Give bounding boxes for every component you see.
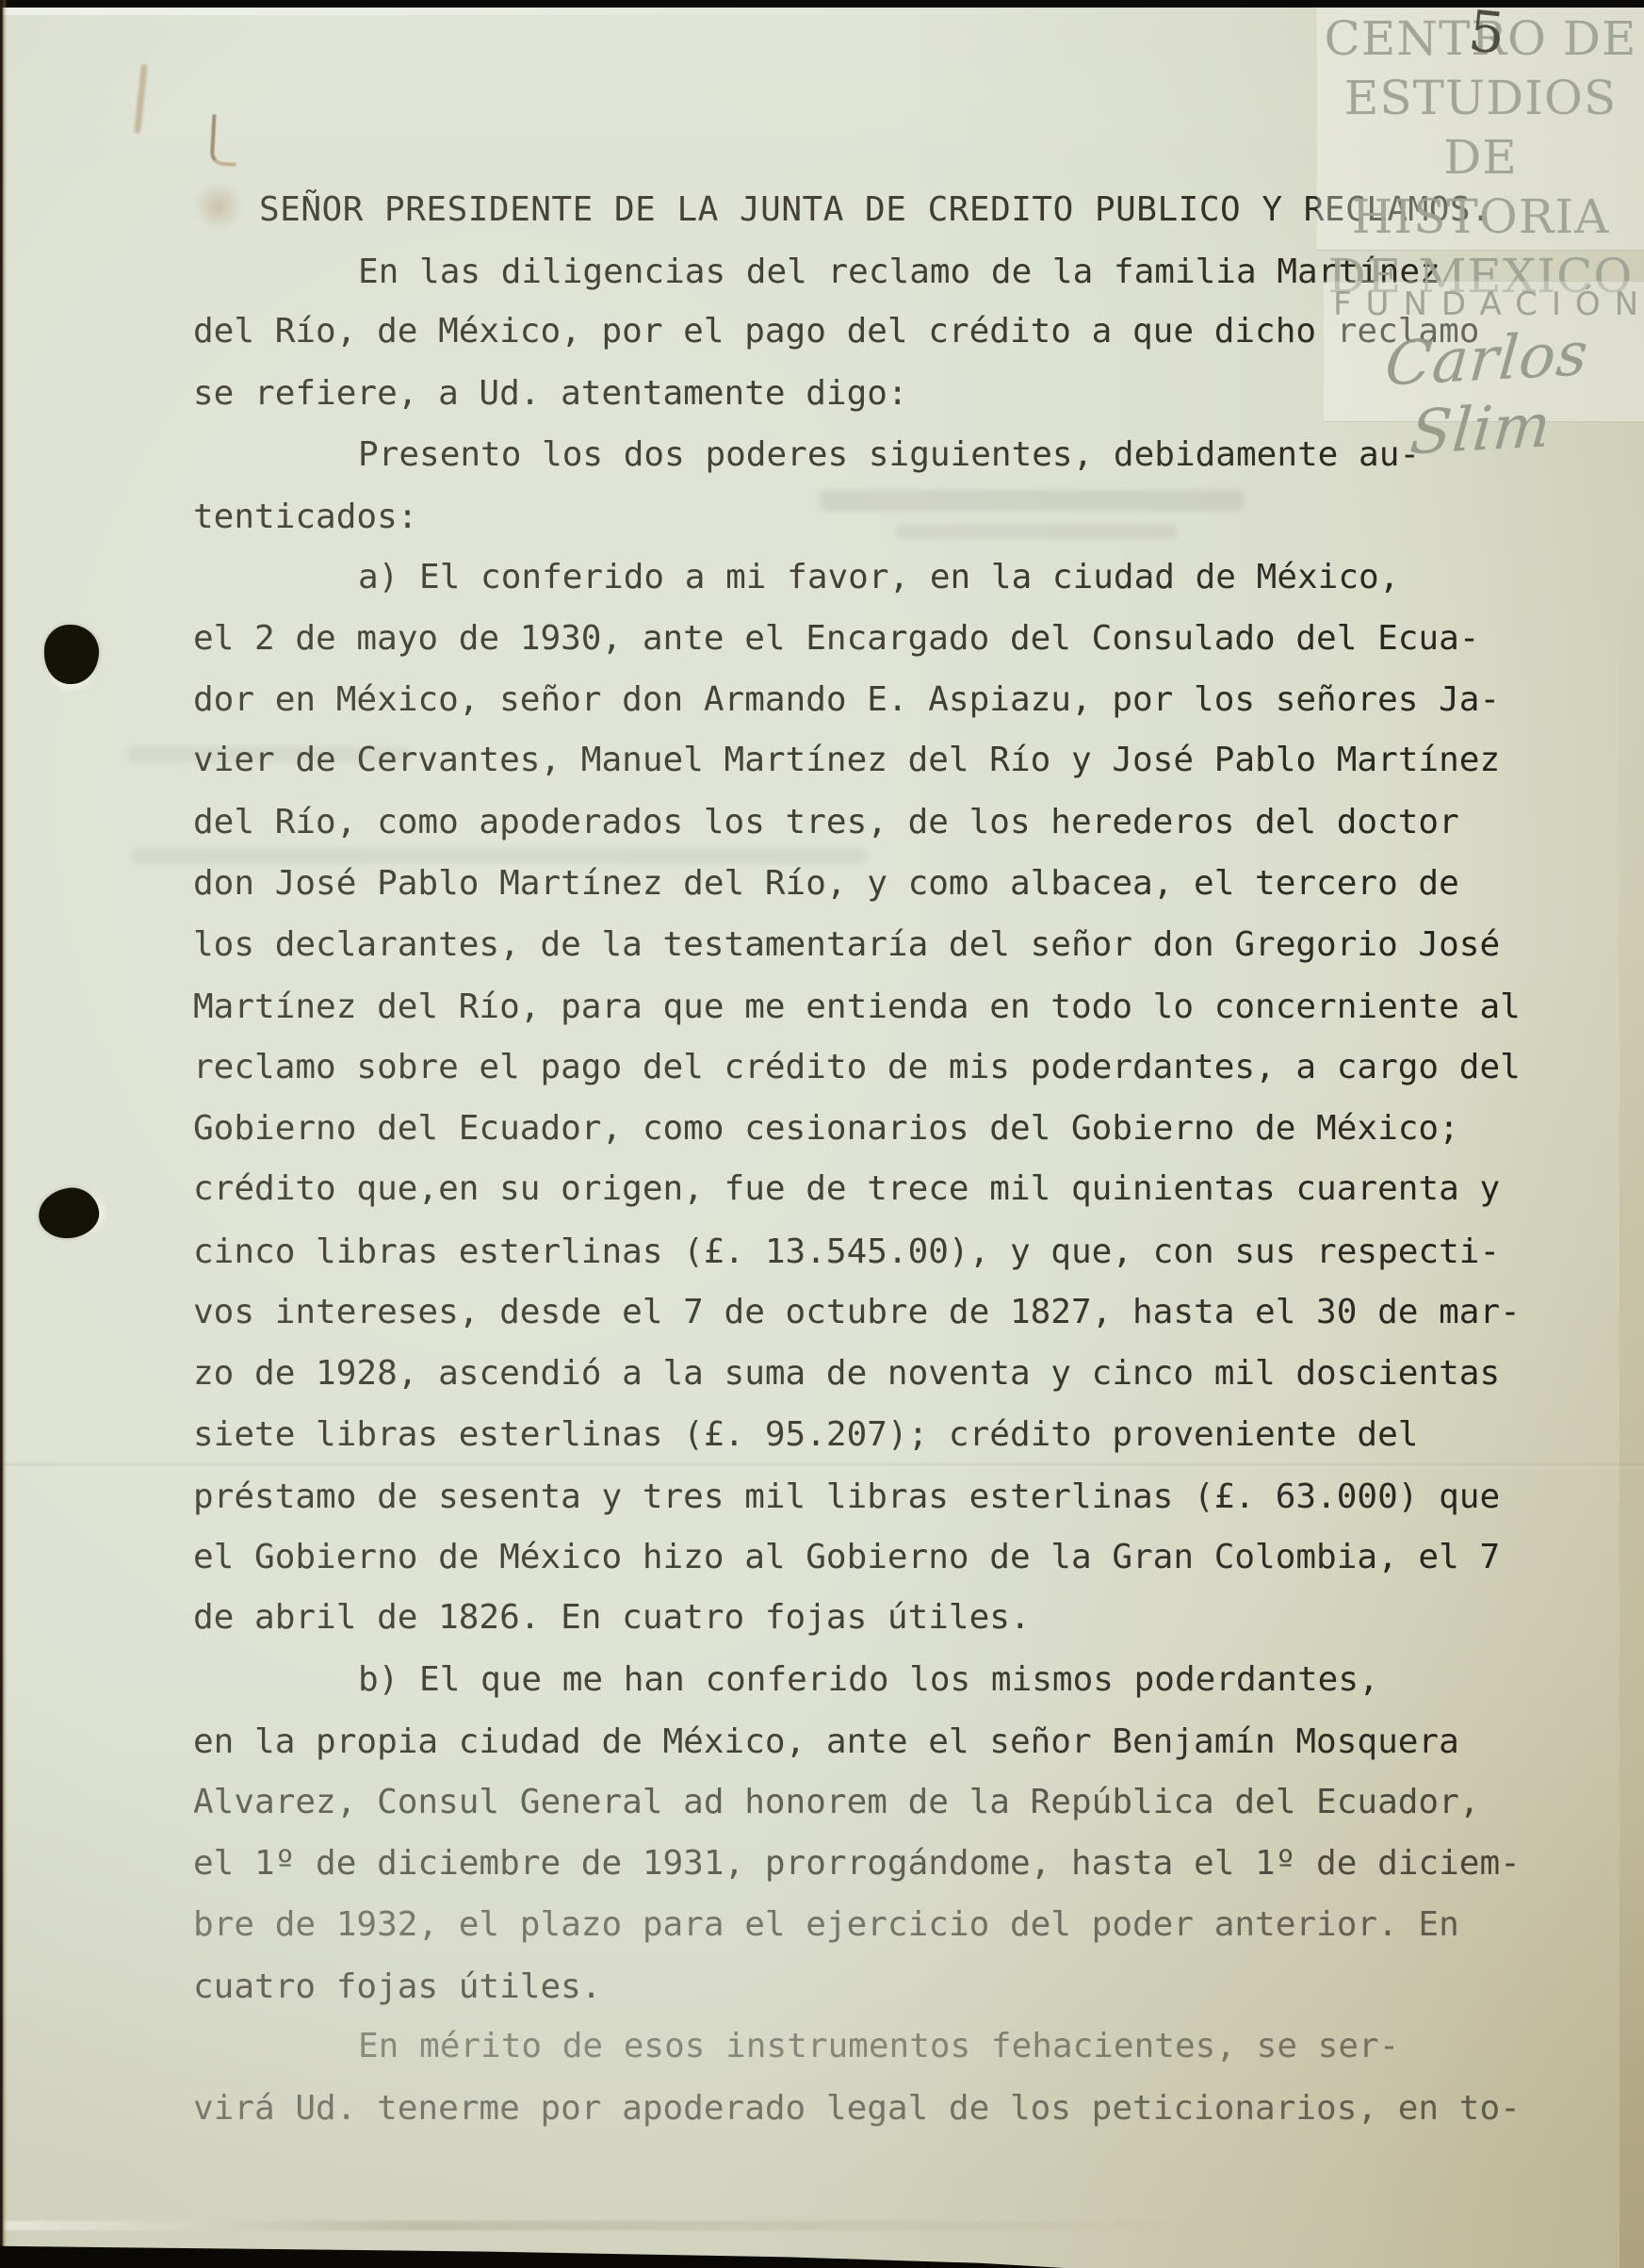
typed-line: Martínez del Río, para que me entienda e… (193, 976, 1625, 1037)
typed-line: a) El conferido a mi favor, en la ciudad… (193, 547, 1625, 608)
archive-watermark-line: DE HISTORIA (1317, 128, 1644, 247)
typed-line: del Río, como apoderados los tres, de lo… (193, 791, 1625, 853)
typed-line: de abril de 1826. En cuatro fojas útiles… (193, 1587, 1625, 1648)
typed-line: Gobierno del Ecuador, como cesionarios d… (193, 1098, 1625, 1159)
typed-line: préstamo de sesenta y tres mil libras es… (193, 1466, 1625, 1527)
typed-line: bre de 1932, el plazo para el ejercicio … (193, 1894, 1625, 1955)
page-edge (0, 8, 1644, 15)
typed-line: crédito que,en su origen, fue de trece m… (193, 1158, 1625, 1219)
typed-line: reclamo sobre el pago del crédito de mis… (193, 1036, 1625, 1098)
typed-line: vos intereses, desde el 7 de octubre de … (193, 1281, 1625, 1343)
typed-line: dor en México, señor don Armando E. Aspi… (193, 669, 1625, 730)
typed-line: Alvarez, Consul General ad honorem de la… (193, 1771, 1625, 1833)
typed-text-block: SEÑOR PRESIDENTE DE LA JUNTA DE CREDITO … (193, 179, 1625, 2139)
page-edge (0, 2221, 1178, 2230)
stain-mark (210, 114, 239, 166)
bleed-through-smudge (132, 848, 867, 863)
archive-watermark-line: ESTUDIOS (1317, 69, 1644, 128)
document-page: SEÑOR PRESIDENTE DE LA JUNTA DE CREDITO … (0, 0, 1644, 2268)
foundation-watermark-label: FUNDACIÓN (1324, 286, 1644, 323)
typed-line: siete libras esterlinas (£. 95.207); cré… (193, 1404, 1625, 1465)
typed-line: zo de 1928, ascendió a la suma de novent… (193, 1343, 1625, 1404)
bleed-through-smudge (820, 490, 1244, 511)
hole-punch (36, 1184, 103, 1242)
scan-edge (0, 0, 1644, 8)
typed-line: el Gobierno de México hizo al Gobierno d… (193, 1526, 1625, 1588)
bleed-through-smudge (895, 524, 1178, 539)
typed-line: los declarantes, de la testamentaría del… (193, 914, 1625, 975)
signature-watermark: Carlos Slim (1318, 317, 1644, 474)
typed-line: el 2 de mayo de 1930, ante el Encargado … (193, 608, 1625, 669)
typed-line: el 1º de diciembre de 1931, prorrogándom… (193, 1833, 1625, 1894)
typed-line: cuatro fojas útiles. (193, 1956, 1625, 2017)
stain-mark (134, 64, 148, 134)
stain-mark (194, 182, 243, 231)
typed-line: en la propia ciudad de México, ante el s… (193, 1711, 1625, 1772)
foundation-watermark: FUNDACIÓN Carlos Slim (1324, 281, 1644, 422)
hole-punch (44, 625, 99, 684)
typed-line: virá Ud. tenerme por apoderado legal de … (193, 2078, 1625, 2139)
typed-line: cinco libras esterlinas (£. 13.545.00), … (193, 1221, 1625, 1282)
bleed-through-smudge (127, 747, 410, 762)
scan-edge (0, 0, 8, 2268)
typed-line: En mérito de esos instrumentos fehacient… (193, 2015, 1625, 2077)
fold-crease (0, 1463, 1644, 1468)
typed-line: b) El que me han conferido los mismos po… (193, 1649, 1625, 1710)
